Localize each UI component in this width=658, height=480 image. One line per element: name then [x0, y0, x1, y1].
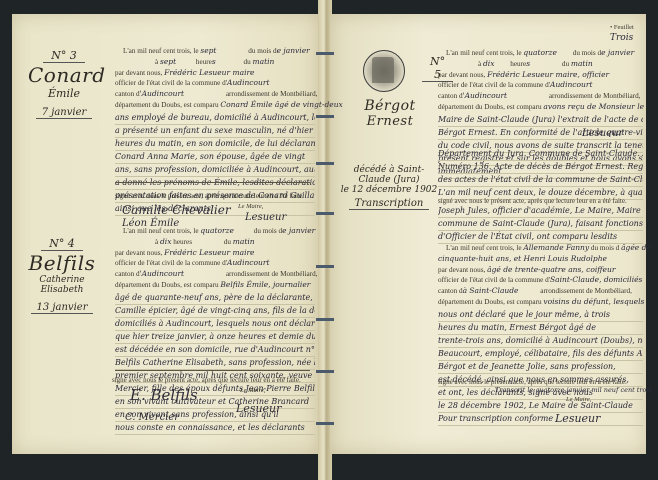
- entry-given-name: Ernest: [350, 114, 430, 129]
- feuillet-label: • Feuillet Trois: [610, 24, 634, 43]
- signed-statement: signé avec nous le présent acte, après q…: [115, 192, 304, 200]
- transcription-block: Département du Jura. Commune de Saint-Cl…: [438, 148, 643, 200]
- entry-4-margin: N° 4 Belfils Catherine Elisabeth 13 janv…: [18, 232, 106, 314]
- binding-stitch: [316, 212, 334, 215]
- seal-figure-icon: [372, 57, 394, 83]
- binding-stitch: [316, 265, 334, 268]
- entry-surname: Conard: [28, 63, 100, 87]
- binding-stitch: [316, 318, 334, 321]
- feuillet-number: Trois: [610, 33, 634, 43]
- entry-end-rule: [115, 370, 310, 371]
- signed-statement: signé avec nous le présent acte, après q…: [438, 378, 627, 386]
- republic-seal-stamp: [363, 50, 405, 92]
- binding-stitch: [316, 422, 334, 425]
- entry-number: N° 3: [43, 49, 85, 63]
- binding-stitch: [316, 52, 334, 55]
- witness-signature: Camille Chevalier: [122, 203, 231, 217]
- witness-signature: E. Belfils: [130, 386, 198, 404]
- entry-5b-act: L'an mil neuf cent trois, le Allemande F…: [438, 243, 643, 426]
- entry-given-name: Catherine Elisabeth: [18, 275, 106, 295]
- transcription-note: Transcrit le quatorze janvier mil neuf c…: [495, 386, 652, 394]
- maire-label: Le Maire,: [238, 203, 263, 210]
- signed-statement: signé avec nous le présent acte, après q…: [112, 376, 301, 384]
- maire-signature: Lesueur: [236, 402, 281, 415]
- maire-label: Le Maire,: [566, 396, 591, 403]
- transcription-margin-note: décédé à Saint-Claude (Jura) le 12 décem…: [340, 165, 438, 210]
- binding-stitch: [316, 115, 334, 118]
- entry-number: N° 4: [41, 237, 83, 251]
- witness-signature: C. Mercier: [125, 412, 179, 423]
- entry-surname: Belfils: [18, 251, 106, 275]
- entry-given-name: Émile: [28, 87, 100, 100]
- maire-signature: Lesueur: [555, 412, 600, 425]
- signed-statement: signé avec nous le présent acte, après q…: [438, 197, 627, 205]
- binding-stitch: [316, 162, 334, 165]
- maire-label: Le Maire,: [240, 387, 265, 394]
- entry-surname: Bérgot: [350, 98, 430, 114]
- maire-signature: Lesueur: [245, 212, 286, 223]
- entry-5-margin: Bérgot Ernest: [350, 98, 430, 129]
- binding-stitch: [316, 370, 334, 373]
- entry-end-rule: [115, 182, 310, 183]
- entry-date-note: 7 janvier: [36, 107, 93, 119]
- transcription-label: Transcription: [349, 198, 430, 210]
- entry-date-note: 13 janvier: [31, 302, 94, 314]
- entry-3-margin: N° 3 Conard Émile 7 janvier: [28, 44, 100, 119]
- transcription-signers: Joseph Jules, officier d'académie, Le Ma…: [438, 205, 643, 244]
- entry-3-act: L'an mil neuf cent trois, le sept du moi…: [115, 46, 315, 216]
- maire-signature: Lesueur: [582, 128, 623, 139]
